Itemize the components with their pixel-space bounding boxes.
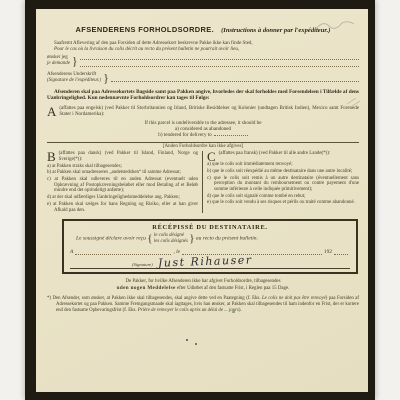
intro-paragraph: Saafremt Aflevering af den paa Forsiden …	[47, 41, 359, 53]
receipt-body-post: au recto du présent bulletin.	[196, 236, 258, 242]
list-item: d) que le colis soit signalé comme tombé…	[207, 194, 359, 200]
handwritten-signature: Just Rihauser	[158, 253, 253, 269]
section-b-intro: (affattes paa dansk) (ved Pakker til Isl…	[59, 151, 198, 162]
receipt-body: Le soussigné déclare avoir reçu { le col…	[70, 233, 350, 244]
instructions-notice: Afsenderen skal paa Adressekortets Bagsi…	[47, 89, 359, 102]
form-title: AFSENDERENS FORHOLDSORDRE. (Instructions…	[47, 19, 359, 37]
section-c-letter: C	[207, 151, 216, 162]
asterisk-footnote: *) Den Afsender, som ønsker, at Pakken i…	[47, 296, 359, 313]
brace-glyph: }	[103, 72, 109, 84]
brace-glyph: }	[189, 233, 194, 245]
return-footnote: De Pakker, for hvilke Afsenderen ikke ha…	[47, 279, 359, 292]
dotted-line	[80, 59, 359, 60]
receipt-signature-row: (Signature) Just Rihauser	[70, 256, 350, 269]
list-item: c) que le colis soit remis à un autre de…	[207, 176, 359, 193]
request-label-french: je demande	[47, 61, 70, 67]
section-a-item-b: b) tendered for delivery to	[47, 132, 359, 138]
list-item: e) que le colis soit vendu à ses risques…	[207, 200, 359, 206]
section-a-intro: (affattes paa engelsk) (ved Pakker til S…	[59, 106, 359, 117]
section-c-intro: (affattes paa fransk) (ved Pakker til al…	[219, 151, 331, 156]
list-item: d) at der skal udfærdiges Uanbringelighe…	[47, 195, 198, 201]
section-a-letter: A	[47, 106, 56, 117]
receipt-date-label: , le	[173, 249, 180, 255]
section-c-head: C (affattes paa fransk) (ved Pakker til …	[207, 151, 359, 157]
form-title-danish: AFSENDERENS FORHOLDSORDRE.	[76, 25, 215, 34]
section-c: C (affattes paa fransk) (ved Pakker til …	[203, 151, 359, 213]
section-b-head: B (affattes paa dansk) (ved Pakker til I…	[47, 151, 198, 162]
receipt-year: 192	[324, 249, 332, 255]
list-item: b) at Pakken skal omadresseres „andetste…	[47, 170, 198, 176]
brace-glyph: {	[147, 233, 152, 245]
intro-line-danish: Saafremt Aflevering af den paa Forsiden …	[54, 41, 253, 46]
request-write-lines	[80, 56, 359, 67]
ink-speckles	[186, 339, 188, 341]
list-item: c) at Pakken skal udleveres til en anden…	[47, 177, 198, 194]
dotted-line	[75, 250, 171, 255]
list-item: a) que le colis soit immédiatement renvo…	[207, 162, 359, 168]
sender-signature-label-french: (Signature de l'expéditeur.)	[47, 78, 101, 84]
return-footnote-line1: De Pakker, for hvilke Afsenderen ikke ha…	[125, 279, 280, 284]
columns: B (affattes paa dansk) (ved Pakker til I…	[47, 151, 359, 213]
receipt-option-plural: les colis désignés	[154, 239, 188, 244]
pencil-mark	[346, 95, 362, 107]
request-labels: ønsker jeg je demande	[47, 55, 70, 67]
teal-ink-speck	[232, 311, 235, 313]
request-row: ønsker jeg je demande }	[47, 55, 359, 67]
receipt-brace-options: le colis désigné les colis désignés	[154, 233, 188, 244]
asterisk-footnote-italic2: Prière de renvoyer le colis après un dél…	[138, 308, 239, 313]
section-a-english-lines: If this parcel is undeliverable to the a…	[47, 120, 359, 139]
asterisk-footnote-part3: ).	[239, 308, 242, 313]
receipt-box: RÉCÉPISSÉ DU DESTINATAIRE. Le soussigné …	[62, 219, 358, 274]
list-item: e) at Pakken skal sælges for hans Regnin…	[47, 202, 198, 213]
receipt-title: RÉCÉPISSÉ DU DESTINATAIRE.	[70, 224, 350, 231]
sender-signature-labels: Afsenderens Underskrift (Signature de l'…	[47, 72, 101, 84]
dotted-line	[80, 66, 359, 67]
return-footnote-bold: uden nogen Meddelelse	[117, 285, 176, 291]
dotted-line	[334, 250, 348, 255]
sender-signature-row: Afsenderens Underskrift (Signature de l'…	[47, 72, 359, 84]
section-b-letter: B	[47, 151, 56, 162]
receipt-body-pre: Le soussigné déclare avoir reçu	[76, 236, 146, 242]
dotted-line	[214, 132, 248, 136]
brace-glyph: }	[72, 55, 78, 67]
asterisk-footnote-part1: *) Den Afsender, som ønsker, at Pakken i…	[47, 296, 262, 301]
photo-dark-frame: AFSENDERENS FORHOLDSORDRE. (Instructions…	[25, 0, 375, 400]
pencil-mark	[314, 18, 356, 32]
asterisk-footnote-italic1: Le colis ne doit pas être renvoyé	[262, 296, 326, 301]
section-b: B (affattes paa dansk) (ved Pakker til I…	[47, 151, 203, 213]
form-paper: AFSENDERENS FORHOLDSORDRE. (Instructions…	[36, 9, 368, 392]
receipt-place-label: A	[70, 249, 73, 255]
sender-signature-write-line	[111, 75, 359, 82]
intro-line-french: Pour le cas où la livraison du colis déc…	[54, 47, 239, 52]
divider-note: [Anden Forholdsordre kan ikke afgives]	[47, 143, 359, 150]
dotted-line	[111, 81, 359, 82]
section-a: A (affattes paa engelsk) (ved Pakker til…	[47, 106, 359, 118]
list-item: b) que le colis soit réexpédié au même d…	[207, 169, 359, 175]
list-item: a) at Pakken straks skal tilbagesendes;	[47, 164, 198, 170]
receipt-signature-label: (Signature)	[132, 262, 153, 268]
return-footnote-rest: efter Udløbet af den fastsatte Frist, i …	[176, 286, 290, 291]
